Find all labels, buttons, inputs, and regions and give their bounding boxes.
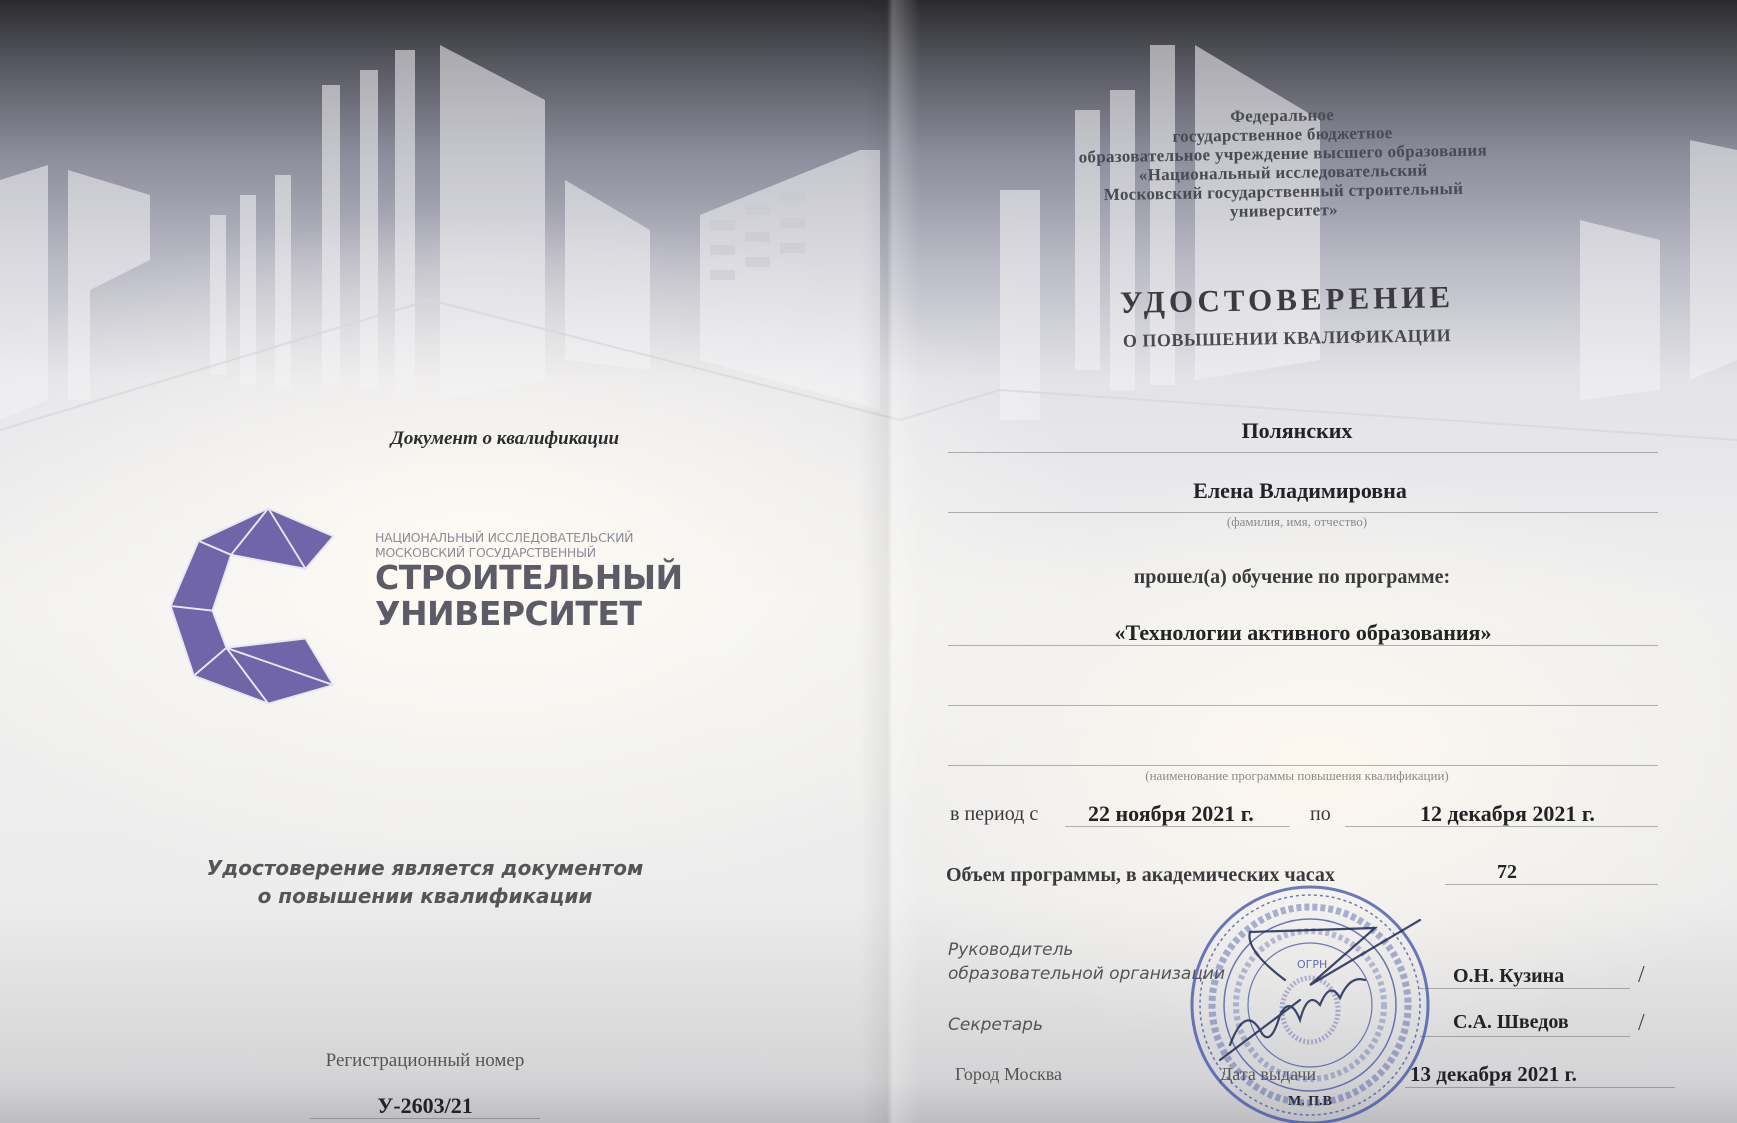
period-to-value: 12 декабря 2021 г. — [1420, 801, 1595, 827]
university-c-logo-icon — [166, 498, 352, 714]
hours-underline — [1445, 884, 1658, 885]
head-name-value: О.Н. Кузина — [1453, 965, 1564, 988]
issue-date-underline — [1405, 1087, 1675, 1088]
statement-line-2: о повышении квалификации — [258, 884, 593, 908]
program-underline-2 — [948, 705, 1658, 706]
page-fold — [860, 0, 920, 1123]
program-underline-1 — [948, 645, 1658, 646]
program-underline-3 — [948, 765, 1658, 766]
logo-line-3: СТРОИТЕЛЬНЫЙ — [375, 560, 683, 596]
name-hint: (фамилия, имя, отчество) — [1227, 514, 1367, 530]
head-label-line-1: Руководитель — [948, 940, 1073, 960]
handwritten-signature-icon — [1190, 910, 1450, 1070]
statement-line-1: Удостоверение является документом — [207, 856, 644, 880]
institution-line-5: Московский государственный строительный … — [1056, 178, 1511, 224]
certificate-title: УДОСТОВЕРЕНИЕ — [1120, 279, 1455, 321]
period-from-underline — [1065, 826, 1290, 827]
given-names-value: Елена Владимировна — [1193, 478, 1407, 504]
secretary-slash: / — [1638, 1010, 1645, 1037]
university-logo-text: НАЦИОНАЛЬНЫЙ ИССЛЕДОВАТЕЛЬСКИЙ МОСКОВСКИ… — [375, 530, 683, 632]
completed-label: прошел(а) обучение по программе: — [1134, 566, 1450, 589]
period-to-underline — [1345, 826, 1658, 827]
period-label: в период с — [950, 803, 1038, 826]
head-signature-underline — [1420, 988, 1630, 989]
secretary-name-value: С.А. Шведов — [1453, 1011, 1569, 1034]
head-slash: / — [1638, 962, 1645, 989]
program-hint: (наименование программы повышения квалиф… — [1145, 768, 1448, 784]
surname-underline — [948, 452, 1658, 453]
logo-line-4: УНИВЕРСИТЕТ — [375, 596, 683, 632]
registration-number: У-2603/21 — [377, 1093, 473, 1119]
head-label-line-2: образовательной организации — [948, 964, 1225, 984]
registration-underline — [310, 1118, 540, 1119]
hours-value: 72 — [1497, 861, 1517, 884]
surname-value: Полянских — [1242, 418, 1353, 444]
document-type-label: Документ о квалификации — [391, 428, 619, 450]
city-value: Город Москва — [955, 1064, 1062, 1085]
institution-header: Федеральное государственное бюджетное об… — [1055, 102, 1511, 224]
secretary-label: Секретарь — [948, 1015, 1043, 1035]
period-to-label: по — [1310, 803, 1331, 826]
registration-label: Регистрационный номер — [326, 1050, 525, 1072]
logo-line-1: НАЦИОНАЛЬНЫЙ ИССЛЕДОВАТЕЛЬСКИЙ — [375, 530, 683, 545]
secretary-signature-underline — [1420, 1036, 1630, 1037]
period-from-value: 22 ноября 2021 г. — [1088, 801, 1254, 827]
certificate-document: Документ о квалификации НАЦИОНАЛЬНЫЙ ИСС… — [0, 0, 1737, 1123]
program-name-value: «Технологии активного образования» — [1115, 620, 1492, 646]
given-names-underline — [948, 512, 1658, 513]
